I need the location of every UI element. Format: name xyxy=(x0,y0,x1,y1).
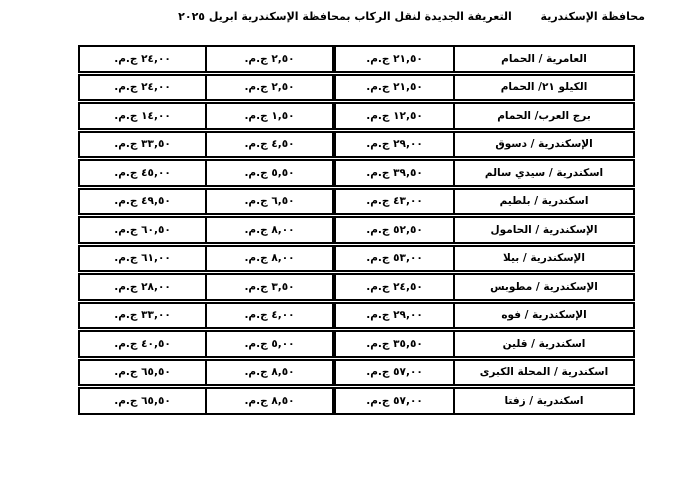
total-fare-cell: ٤٩,٥٠ ج.م. xyxy=(80,190,205,214)
total-fare-cell: ٦٠,٥٠ ج.م. xyxy=(80,218,205,242)
fare-cell: ١٢,٥٠ ج.م. xyxy=(332,104,453,128)
route-cell: الإسكندرية / الحامول xyxy=(453,218,633,242)
total-fare-cell: ٦٥,٥٠ ج.م. xyxy=(80,389,205,413)
total-fare-cell: ٢٤,٠٠ ج.م. xyxy=(80,47,205,71)
route-cell: برج العرب/ الحمام xyxy=(453,104,633,128)
table-row: اسكندرية / سيدي سالم٣٩,٥٠ ج.م.٥,٥٠ ج.م.٤… xyxy=(78,159,635,187)
route-cell: الإسكندرية / مطوبس xyxy=(453,275,633,299)
route-cell: اسكندرية / بلطيم xyxy=(453,190,633,214)
route-cell: العامرية / الحمام xyxy=(453,47,633,71)
fare-cell: ٤٣,٠٠ ج.م. xyxy=(332,190,453,214)
table-row: اسكندرية / قلين٣٥,٥٠ ج.م.٥,٠٠ ج.م.٤٠,٥٠ … xyxy=(78,330,635,358)
fare-cell: ٢٩,٠٠ ج.م. xyxy=(332,304,453,328)
supplement-cell: ١,٥٠ ج.م. xyxy=(205,104,332,128)
supplement-cell: ٨,٠٠ ج.م. xyxy=(205,218,332,242)
table-row: الإسكندرية / فوه٢٩,٠٠ ج.م.٤,٠٠ ج.م.٣٣,٠٠… xyxy=(78,302,635,330)
route-cell: الإسكندرية / فوه xyxy=(453,304,633,328)
route-cell: اسكندرية / المحلة الكبرى xyxy=(453,361,633,385)
table-row: اسكندرية / بلطيم٤٣,٠٠ ج.م.٦,٥٠ ج.م.٤٩,٥٠… xyxy=(78,188,635,216)
table-row: الإسكندرية / الحامول٥٢,٥٠ ج.م.٨,٠٠ ج.م.٦… xyxy=(78,216,635,244)
fare-cell: ٣٩,٥٠ ج.م. xyxy=(332,161,453,185)
total-fare-cell: ١٤,٠٠ ج.م. xyxy=(80,104,205,128)
total-fare-cell: ٢٤,٠٠ ج.م. xyxy=(80,76,205,100)
total-fare-cell: ٤٠,٥٠ ج.م. xyxy=(80,332,205,356)
total-fare-cell: ٣٣,٠٠ ج.م. xyxy=(80,304,205,328)
route-cell: الإسكندرية / بيلا xyxy=(453,247,633,271)
table-row: الإسكندرية / مطوبس٢٤,٥٠ ج.م.٣,٥٠ ج.م.٢٨,… xyxy=(78,273,635,301)
route-cell: اسكندرية / سيدي سالم xyxy=(453,161,633,185)
total-fare-cell: ٢٨,٠٠ ج.م. xyxy=(80,275,205,299)
fare-cell: ٥٧,٠٠ ج.م. xyxy=(332,389,453,413)
fare-table: العامرية / الحمام٢١,٥٠ ج.م.٢,٥٠ ج.م.٢٤,٠… xyxy=(78,45,635,416)
fare-cell: ٢١,٥٠ ج.م. xyxy=(332,76,453,100)
supplement-cell: ٤,٥٠ ج.م. xyxy=(205,133,332,157)
total-fare-cell: ٦١,٠٠ ج.م. xyxy=(80,247,205,271)
fare-cell: ٥٣,٠٠ ج.م. xyxy=(332,247,453,271)
supplement-cell: ٨,٠٠ ج.م. xyxy=(205,247,332,271)
supplement-cell: ٢,٥٠ ج.م. xyxy=(205,47,332,71)
supplement-cell: ٤,٠٠ ج.م. xyxy=(205,304,332,328)
fare-cell: ٥٢,٥٠ ج.م. xyxy=(332,218,453,242)
route-cell: الإسكندرية / دسوق xyxy=(453,133,633,157)
supplement-cell: ٨,٥٠ ج.م. xyxy=(205,361,332,385)
route-cell: اسكندرية / قلين xyxy=(453,332,633,356)
supplement-cell: ٣,٥٠ ج.م. xyxy=(205,275,332,299)
supplement-cell: ٢,٥٠ ج.م. xyxy=(205,76,332,100)
fare-cell: ٢٤,٥٠ ج.م. xyxy=(332,275,453,299)
document-title: التعريفة الجديدة لنقل الركاب بمحافظة الإ… xyxy=(178,10,512,23)
table-row: الكيلو ٢١/ الحمام٢١,٥٠ ج.م.٢,٥٠ ج.م.٢٤,٠… xyxy=(78,74,635,102)
fare-cell: ٢١,٥٠ ج.م. xyxy=(332,47,453,71)
table-row: برج العرب/ الحمام١٢,٥٠ ج.م.١,٥٠ ج.م.١٤,٠… xyxy=(78,102,635,130)
table-row: العامرية / الحمام٢١,٥٠ ج.م.٢,٥٠ ج.م.٢٤,٠… xyxy=(78,45,635,73)
route-cell: اسكندرية / زفتا xyxy=(453,389,633,413)
document-page: { "header": { "governorate": "محافظة الإ… xyxy=(0,0,674,485)
total-fare-cell: ٦٥,٥٠ ج.م. xyxy=(80,361,205,385)
supplement-cell: ٨,٥٠ ج.م. xyxy=(205,389,332,413)
table-row: اسكندرية / زفتا٥٧,٠٠ ج.م.٨,٥٠ ج.م.٦٥,٥٠ … xyxy=(78,387,635,415)
table-row: الإسكندرية / بيلا٥٣,٠٠ ج.م.٨,٠٠ ج.م.٦١,٠… xyxy=(78,245,635,273)
supplement-cell: ٦,٥٠ ج.م. xyxy=(205,190,332,214)
supplement-cell: ٥,٥٠ ج.م. xyxy=(205,161,332,185)
total-fare-cell: ٤٥,٠٠ ج.م. xyxy=(80,161,205,185)
fare-cell: ٥٧,٠٠ ج.م. xyxy=(332,361,453,385)
table-row: الإسكندرية / دسوق٢٩,٠٠ ج.م.٤,٥٠ ج.م.٣٣,٥… xyxy=(78,131,635,159)
governorate-label: محافظة الإسكندرية xyxy=(541,10,645,23)
fare-cell: ٢٩,٠٠ ج.م. xyxy=(332,133,453,157)
fare-cell: ٣٥,٥٠ ج.م. xyxy=(332,332,453,356)
total-fare-cell: ٣٣,٥٠ ج.م. xyxy=(80,133,205,157)
table-row: اسكندرية / المحلة الكبرى٥٧,٠٠ ج.م.٨,٥٠ ج… xyxy=(78,359,635,387)
supplement-cell: ٥,٠٠ ج.م. xyxy=(205,332,332,356)
route-cell: الكيلو ٢١/ الحمام xyxy=(453,76,633,100)
